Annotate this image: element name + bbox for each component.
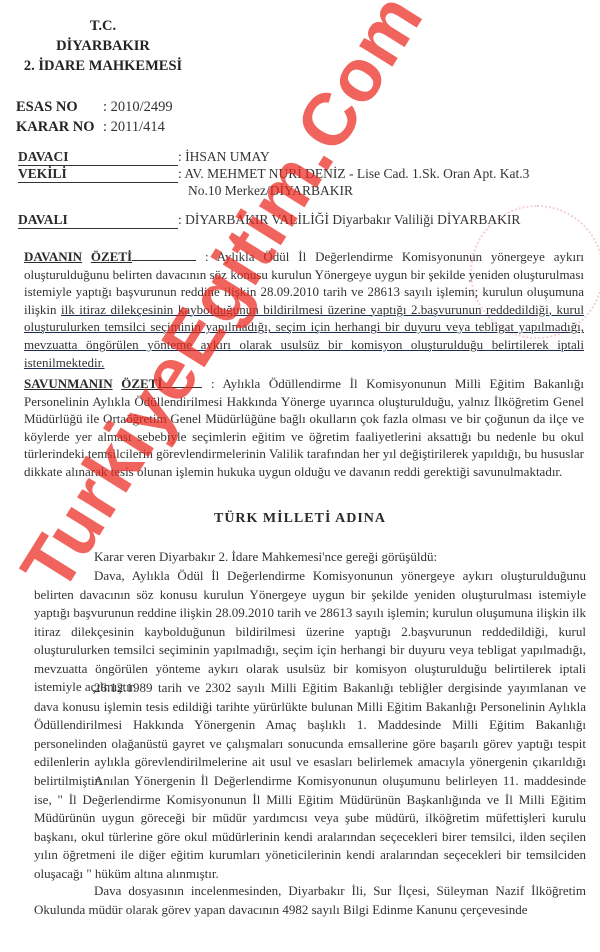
header-line: DİYARBAKIR <box>18 36 188 56</box>
karar-no-row: KARAR NO: 2011/414 <box>16 117 165 137</box>
davanin-ozeti-paragraph: DAVANIN ÖZETİ : Aylıkla Ödül İl Değerlen… <box>24 248 584 371</box>
court-header: T.C. DİYARBAKIR 2. İDARE MAHKEMESİ <box>18 16 188 76</box>
esas-no-value: : 2010/2499 <box>103 99 173 115</box>
davaci-row: DAVACI: İHSAN UMAY <box>18 149 270 166</box>
decision-paragraph: Anılan Yönergenin İl Değerlendirme Komis… <box>34 772 586 883</box>
vekili-address: No.10 Merkez/DİYARBAKIR <box>188 183 529 199</box>
davaci-value: : İHSAN UMAY <box>178 149 270 164</box>
decision-paragraph: Dava, Aylıkla Ödül İl Değerlendirme Komi… <box>34 567 586 697</box>
header-line: 2. İDARE MAHKEMESİ <box>18 56 188 76</box>
vekili-label: VEKİLİ <box>18 166 178 183</box>
davaci-label: DAVACI <box>18 149 178 166</box>
decision-intro: Karar veren Diyarbakır 2. İdare Mahkemes… <box>34 548 586 567</box>
esas-no-label: ESAS NO <box>16 97 103 117</box>
savunmanin-ozeti-text: : Aylıkla Ödüllendirme İl Komisyonunun M… <box>24 376 584 479</box>
header-line: T.C. <box>18 16 188 36</box>
savunmanin-ozeti-label: SAVUNMANIN ÖZETİ <box>24 376 202 391</box>
handwritten-underline-text: ilk itiraz dilekçesinin kaybolduğunun bi… <box>24 302 584 370</box>
savunmanin-ozeti-paragraph: SAVUNMANIN ÖZETİ : Aylıkla Ödüllendirme … <box>24 375 584 481</box>
karar-no-value: : 2011/414 <box>103 119 165 135</box>
davanin-ozeti-label: DAVANIN ÖZETİ <box>24 249 196 264</box>
karar-no-label: KARAR NO <box>16 117 103 137</box>
davali-row: DAVALI: DİYARBAKIR VALİLİĞİ Diyarbakır V… <box>18 212 520 229</box>
decision-paragraph: Dava dosyasının incelenmesinden, Diyarba… <box>34 882 586 919</box>
vekili-row: VEKİLİ: AV. MEHMET NURİ DENİZ - Lise Cad… <box>18 166 529 199</box>
esas-no-row: ESAS NO: 2010/2499 <box>16 97 173 117</box>
davali-label: DAVALI <box>18 212 178 229</box>
davali-value: : DİYARBAKIR VALİLİĞİ Diyarbakır Valiliğ… <box>178 212 520 227</box>
vekili-value: : AV. MEHMET NURİ DENİZ - Lise Cad. 1.Sk… <box>178 166 529 181</box>
decision-title: TÜRK MİLLETİ ADINA <box>0 511 600 527</box>
